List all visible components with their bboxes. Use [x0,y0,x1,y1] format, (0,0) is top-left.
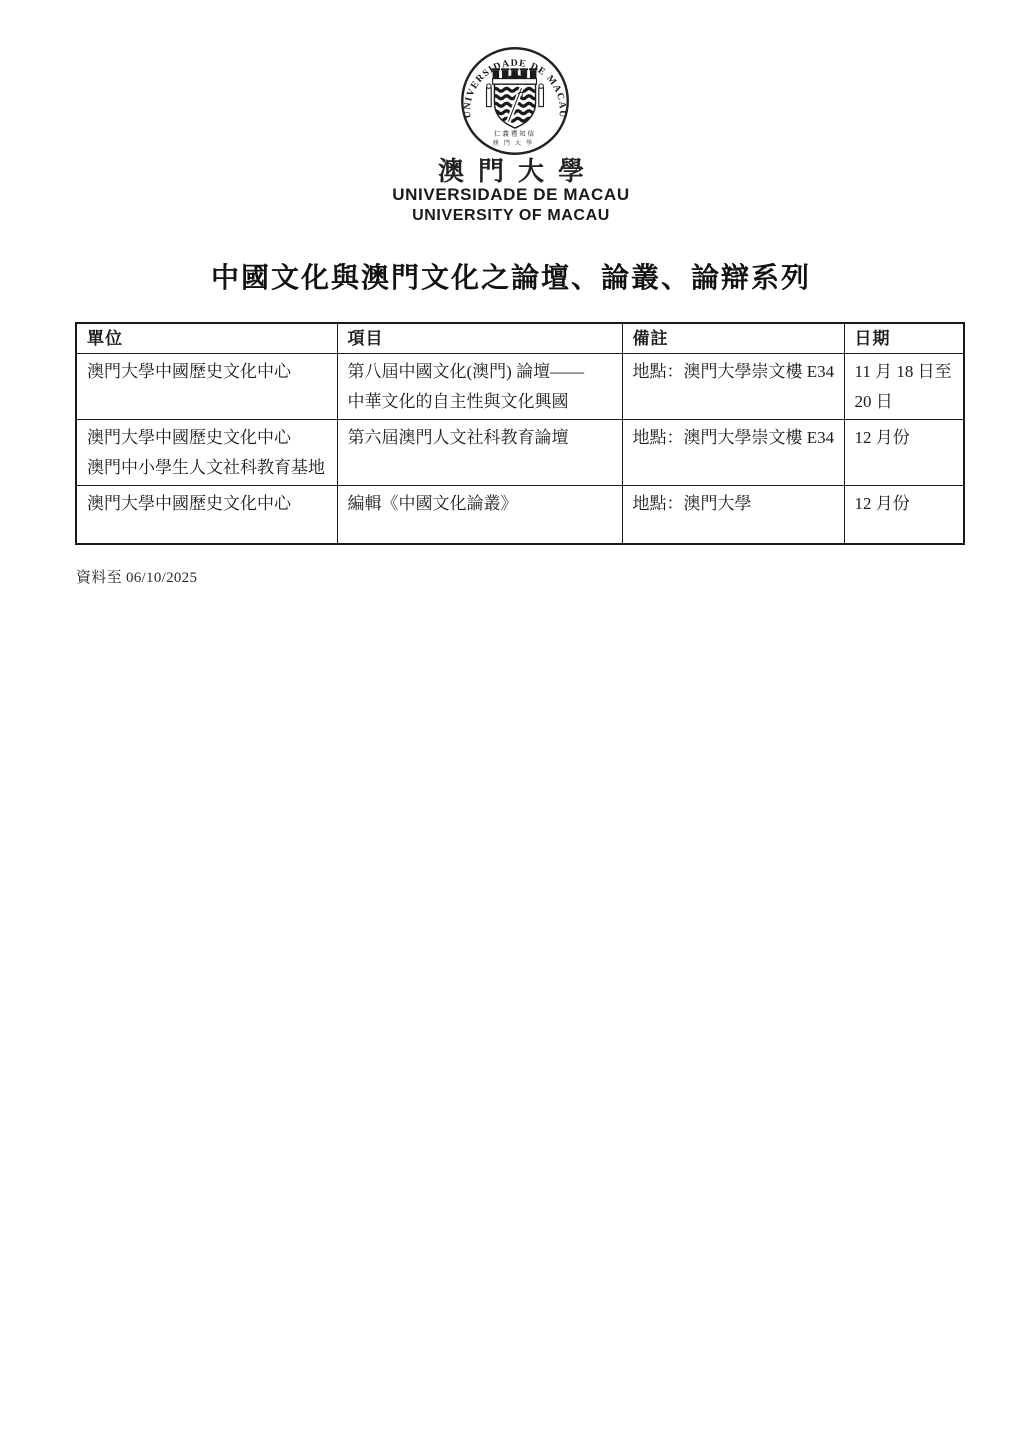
cell-text: 第六屆澳門人文社科教育論壇 [348,423,614,453]
university-seal-icon: UNIVERSIDADE DE MACAU [459,45,571,157]
cell-text: 地點：澳門大學崇文樓 E34 [633,423,836,453]
cell-date: 12 月份 [844,486,964,544]
header-item: 項目 [337,323,622,354]
document-page: UNIVERSIDADE DE MACAU [0,0,1022,1432]
cell-text: 澳門大學中國歷史文化中心 [87,357,329,387]
university-seal: UNIVERSIDADE DE MACAU [459,45,571,157]
cell-text: 12 月份 [855,423,956,453]
cell-item: 第八屆中國文化(澳門) 論壇—— 中華文化的自主性與文化興國 [337,354,622,420]
cell-date: 11 月 18 日至 20 日 [844,354,964,420]
header-date: 日期 [844,323,964,354]
cell-text: 20 日 [855,387,956,417]
cell-text: 澳門中小學生人文社科教育基地 [87,453,329,483]
cell-item: 第六屆澳門人文社科教育論壇 [337,420,622,486]
cell-text: 第八屆中國文化(澳門) 論壇—— [348,357,614,387]
cell-text: 11 月 18 日至 [855,357,956,387]
cell-unit: 澳門大學中國歷史文化中心 澳門中小學生人文社科教育基地 [76,420,337,486]
table-row: 澳門大學中國歷史文化中心 澳門中小學生人文社科教育基地 第六屆澳門人文社科教育論… [76,420,964,486]
table-row: 澳門大學中國歷史文化中心 編輯《中國文化論叢》 地點：澳門大學 12 月份 [76,486,964,544]
table-row: 澳門大學中國歷史文化中心 第八屆中國文化(澳門) 論壇—— 中華文化的自主性與文… [76,354,964,420]
page-title: 中國文化與澳門文化之論壇、論叢、論辯系列 [0,256,1022,296]
cell-text: 澳門大學中國歷史文化中心 [87,423,329,453]
cell-unit: 澳門大學中國歷史文化中心 [76,486,337,544]
cell-text: 地點：澳門大學 [633,489,836,519]
university-portuguese-name: UNIVERSIDADE DE MACAU [0,185,1022,205]
cell-item: 編輯《中國文化論叢》 [337,486,622,544]
events-table: 單位 項目 備註 日期 澳門大學中國歷史文化中心 第八屆中國文化(澳門) 論壇—… [75,322,965,545]
cell-text: 編輯《中國文化論叢》 [348,489,614,519]
cell-unit: 澳門大學中國歷史文化中心 [76,354,337,420]
cell-remark: 地點：澳門大學崇文樓 E34 [622,420,844,486]
cell-text: 澳門大學中國歷史文化中心 [87,489,329,519]
university-chinese-name: 澳門大學 [0,151,1022,188]
data-as-of-note: 資料至 06/10/2025 [76,566,197,587]
cell-text: 地點：澳門大學崇文樓 E34 [633,357,836,387]
cell-remark: 地點：澳門大學崇文樓 E34 [622,354,844,420]
seal-motto-text: 仁義禮知信 [494,129,536,138]
seal-bottom-text: 澳門大學 [493,139,538,147]
cell-text: 中華文化的自主性與文化興國 [348,387,614,417]
table-header-row: 單位 項目 備註 日期 [76,323,964,354]
header-remark: 備註 [622,323,844,354]
cell-date: 12 月份 [844,420,964,486]
university-english-name: UNIVERSITY OF MACAU [0,207,1022,225]
cell-text: 12 月份 [855,489,956,519]
cell-remark: 地點：澳門大學 [622,486,844,544]
header-unit: 單位 [76,323,337,354]
